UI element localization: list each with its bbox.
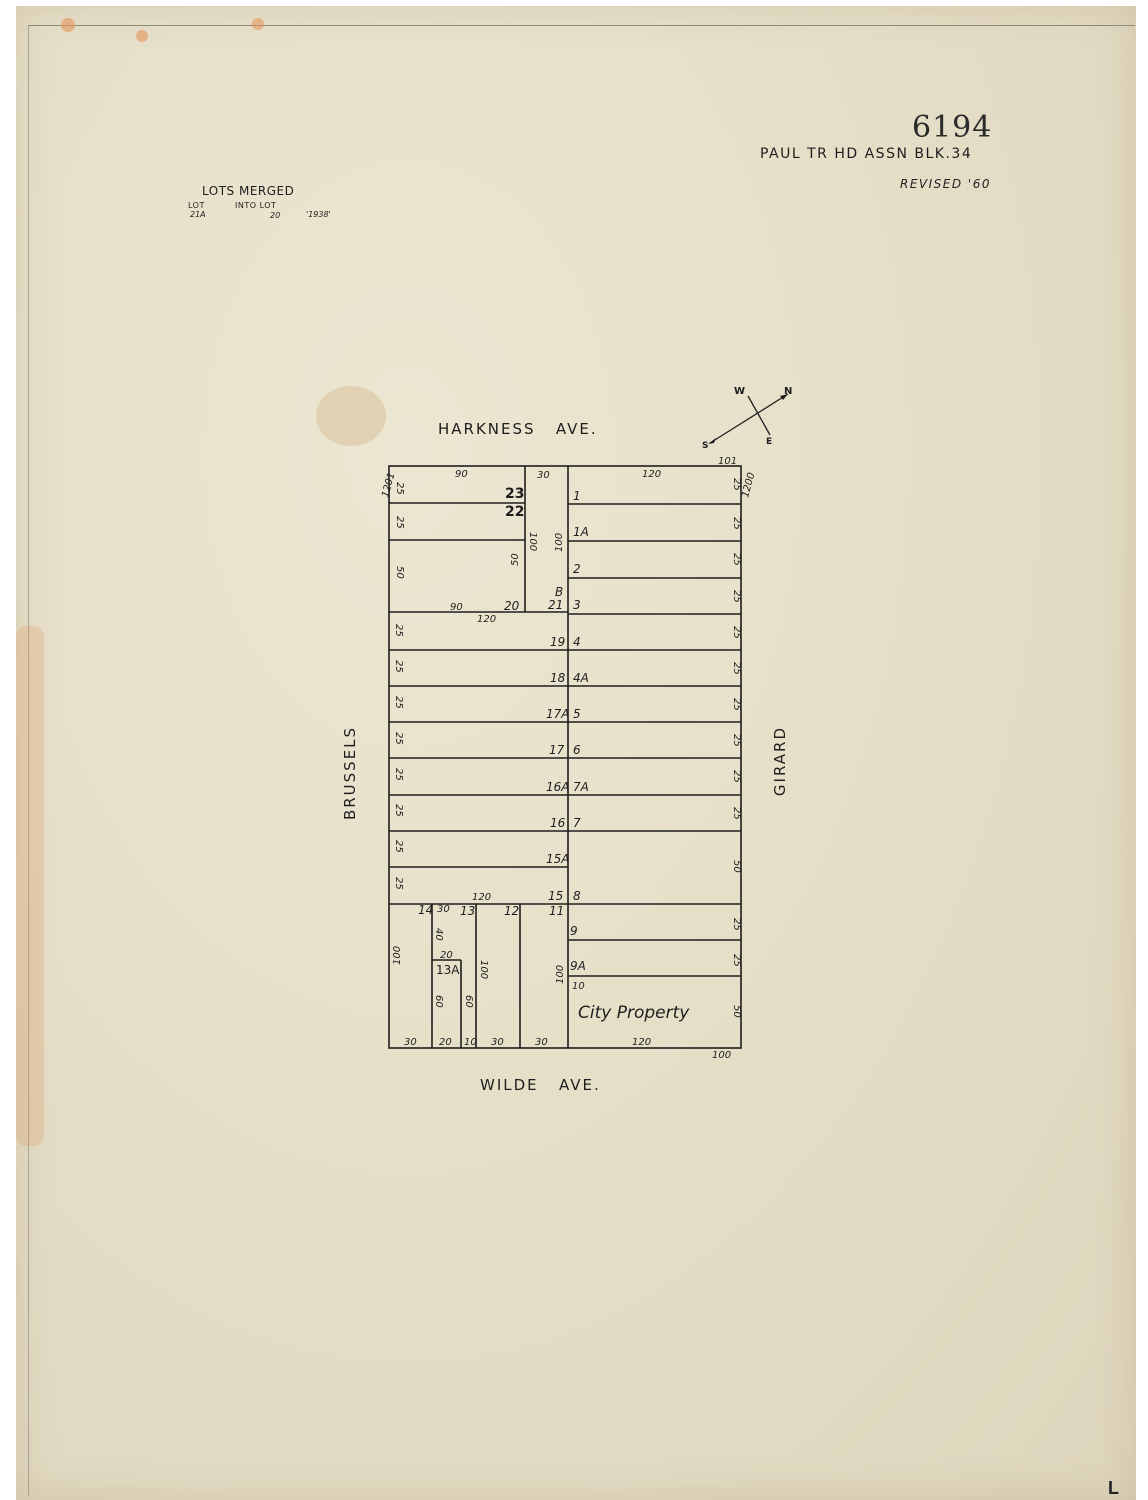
width-13: 30 [437,904,450,915]
depth-2: 25 [731,553,742,566]
lot-7a: 7A [573,780,589,794]
depth-16: 25 [393,804,404,817]
lot-2: 2 [573,562,581,576]
depth-22: 25 [394,516,405,529]
depth-11-east: 100 [555,965,566,984]
lot-4a: 4A [573,671,589,685]
lot-9a: 9A [570,959,586,973]
depth-23: 25 [394,482,405,495]
depth-13: 40 [433,928,444,941]
frontage-90: 90 [455,469,468,480]
lot-19: 19 [550,635,565,649]
depth-20: 50 [394,566,405,579]
lot-10: 10 [572,981,585,992]
lot-23: 23 [505,486,524,502]
depth-13a: 60 [433,995,444,1008]
depth-5: 25 [731,698,742,711]
width-13a: 20 [440,950,453,961]
lot-1: 1 [573,489,581,503]
depth-16a: 25 [393,768,404,781]
lot-18: 18 [550,671,566,685]
lot-4: 4 [573,635,581,649]
depth-15: 25 [393,877,404,890]
depth-1: 25 [731,478,742,491]
corner-label-ne-top: 101 [718,456,737,467]
lot-13: 13 [460,904,475,918]
lot-6: 6 [573,743,581,757]
lot-5: 5 [573,707,581,721]
depth-8: 50 [731,860,742,873]
corner-mark: L [1108,1478,1119,1499]
frontage-bottom-20: 20 [439,1037,452,1048]
depth-12: 100 [478,960,489,979]
lot-11: 11 [549,904,564,918]
block-plat: 1201 101 1200 100 90 30 120 25 23 25 22 … [0,0,1148,1500]
lot-15: 15 [548,889,563,903]
lot-15a: 15A [546,852,569,866]
lot-13a: 13A [436,963,460,977]
depth-3: 25 [731,590,742,603]
depth-18: 25 [393,660,404,673]
lot-9: 9 [570,924,578,938]
depth-4a: 25 [731,662,742,675]
depth-19: 25 [393,624,404,637]
frontage-30: 30 [537,470,550,481]
depth-15a: 25 [393,840,404,853]
depth-17a: 25 [393,696,404,709]
depth-13-east: 60 [463,995,474,1008]
depth-6: 25 [731,734,742,747]
lot-21: 21 [548,598,563,612]
depth-14: 100 [392,946,403,965]
frontage-bottom-30c: 30 [535,1037,548,1048]
depth-21: 100 [527,532,538,551]
depth-1a: 25 [731,517,742,530]
frontage-120: 120 [642,469,661,480]
lot-20: 20 [504,599,520,613]
depth-7: 25 [731,807,742,820]
width-19: 120 [477,614,496,625]
frontage-bottom-120: 120 [632,1037,651,1048]
frontage-bottom-30a: 30 [404,1037,417,1048]
depth-10: 50 [731,1005,742,1018]
frontage-bottom-30b: 30 [491,1037,504,1048]
lot-17: 17 [549,743,565,757]
lot-16a: 16A [546,780,569,794]
depth-21-east: 100 [554,533,565,552]
lot-14: 14 [418,903,433,917]
lot-22: 22 [505,504,524,520]
lot-12: 12 [504,904,519,918]
depth-17: 25 [393,732,404,745]
depth-7a: 25 [731,770,742,783]
city-property-label: City Property [578,1003,690,1023]
depth-9: 25 [731,918,742,931]
frontage-bottom-10: 10 [464,1037,477,1048]
width-20: 90 [450,602,463,613]
lot-16: 16 [550,816,566,830]
lot-3: 3 [573,598,581,612]
lot-17a: 17A [546,707,569,721]
depth-9a: 25 [731,954,742,967]
lot-7: 7 [573,816,581,830]
width-15: 120 [472,892,491,903]
corner-label-se: 100 [712,1050,731,1061]
lot-8: 8 [573,889,581,903]
side-20: 50 [510,553,521,566]
lot-1a: 1A [573,525,589,539]
lot-21-annot: B [555,585,563,599]
depth-4: 25 [731,626,742,639]
